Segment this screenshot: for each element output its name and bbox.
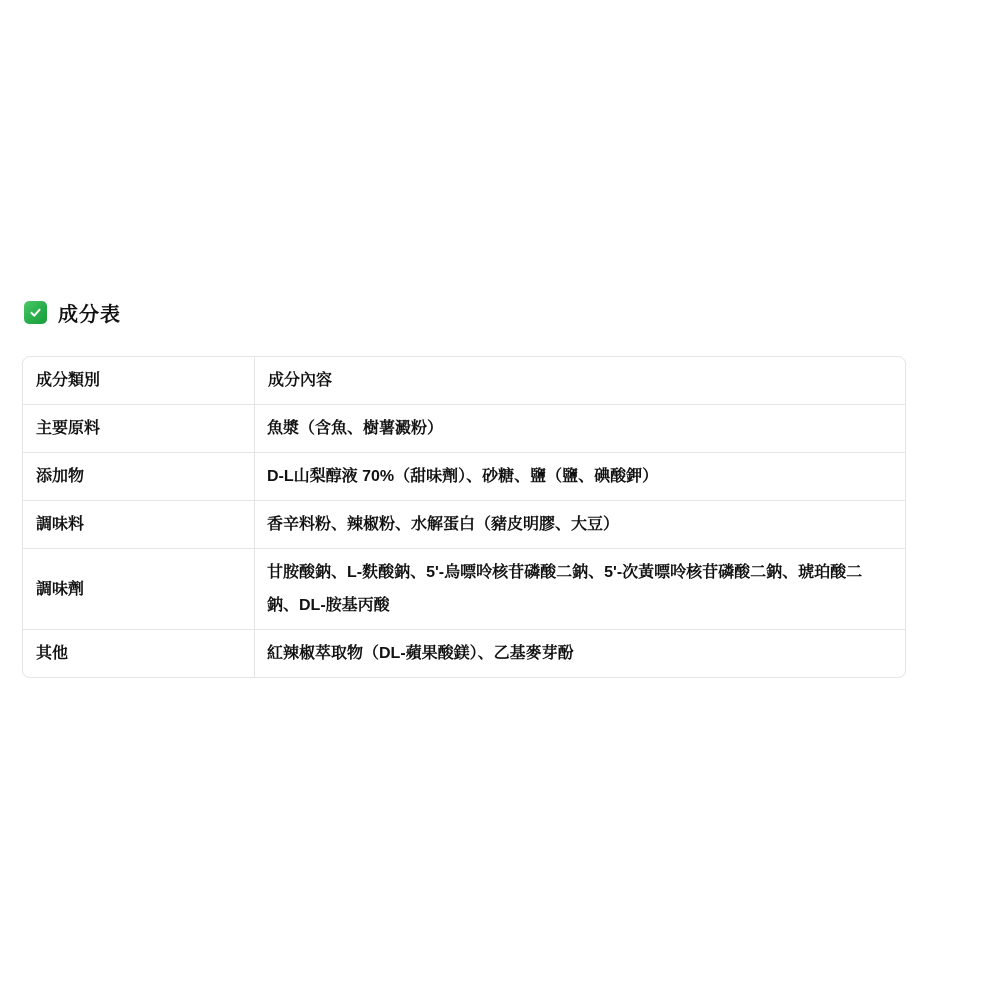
column-header-category: 成分類別 <box>23 357 255 405</box>
content-cell: 紅辣椒萃取物（DL-蘋果酸鎂）、乙基麥芽酚 <box>255 630 905 677</box>
ingredients-table-head: 成分類別 成分內容 <box>23 357 905 405</box>
ingredients-table: 成分類別 成分內容 主要原料魚漿（含魚、樹薯澱粉）添加物D-L山梨醇液 70%（… <box>22 356 906 678</box>
category-cell: 調味劑 <box>23 549 255 630</box>
table-row: 添加物D-L山梨醇液 70%（甜味劑）、砂糖、鹽（鹽、碘酸鉀） <box>23 453 905 501</box>
content-cell: 甘胺酸鈉、L-麩酸鈉、5'-烏嘌呤核苷磷酸二鈉、5'-次黃嘌呤核苷磷酸二鈉、琥珀… <box>255 549 905 630</box>
header-row: 成分類別 成分內容 <box>23 357 905 405</box>
table-row: 調味料香辛料粉、辣椒粉、水解蛋白（豬皮明膠、大豆） <box>23 501 905 549</box>
check-mark-icon <box>24 301 47 324</box>
category-cell: 其他 <box>23 630 255 677</box>
section-title-row: 成分表 <box>24 298 906 327</box>
table-row: 主要原料魚漿（含魚、樹薯澱粉） <box>23 405 905 453</box>
category-cell: 添加物 <box>23 453 255 501</box>
category-cell: 主要原料 <box>23 405 255 453</box>
table-row: 調味劑甘胺酸鈉、L-麩酸鈉、5'-烏嘌呤核苷磷酸二鈉、5'-次黃嘌呤核苷磷酸二鈉… <box>23 549 905 630</box>
section-title: 成分表 <box>58 298 121 327</box>
content-cell: 魚漿（含魚、樹薯澱粉） <box>255 405 905 453</box>
category-cell: 調味料 <box>23 501 255 549</box>
column-header-content: 成分內容 <box>255 357 905 405</box>
ingredients-section: 成分表 成分類別 成分內容 主要原料魚漿（含魚、樹薯澱粉）添加物D-L山梨醇液 … <box>22 298 906 678</box>
content-cell: D-L山梨醇液 70%（甜味劑）、砂糖、鹽（鹽、碘酸鉀） <box>255 453 905 501</box>
ingredients-table-body: 主要原料魚漿（含魚、樹薯澱粉）添加物D-L山梨醇液 70%（甜味劑）、砂糖、鹽（… <box>23 405 905 677</box>
table-row: 其他紅辣椒萃取物（DL-蘋果酸鎂）、乙基麥芽酚 <box>23 630 905 677</box>
content-cell: 香辛料粉、辣椒粉、水解蛋白（豬皮明膠、大豆） <box>255 501 905 549</box>
